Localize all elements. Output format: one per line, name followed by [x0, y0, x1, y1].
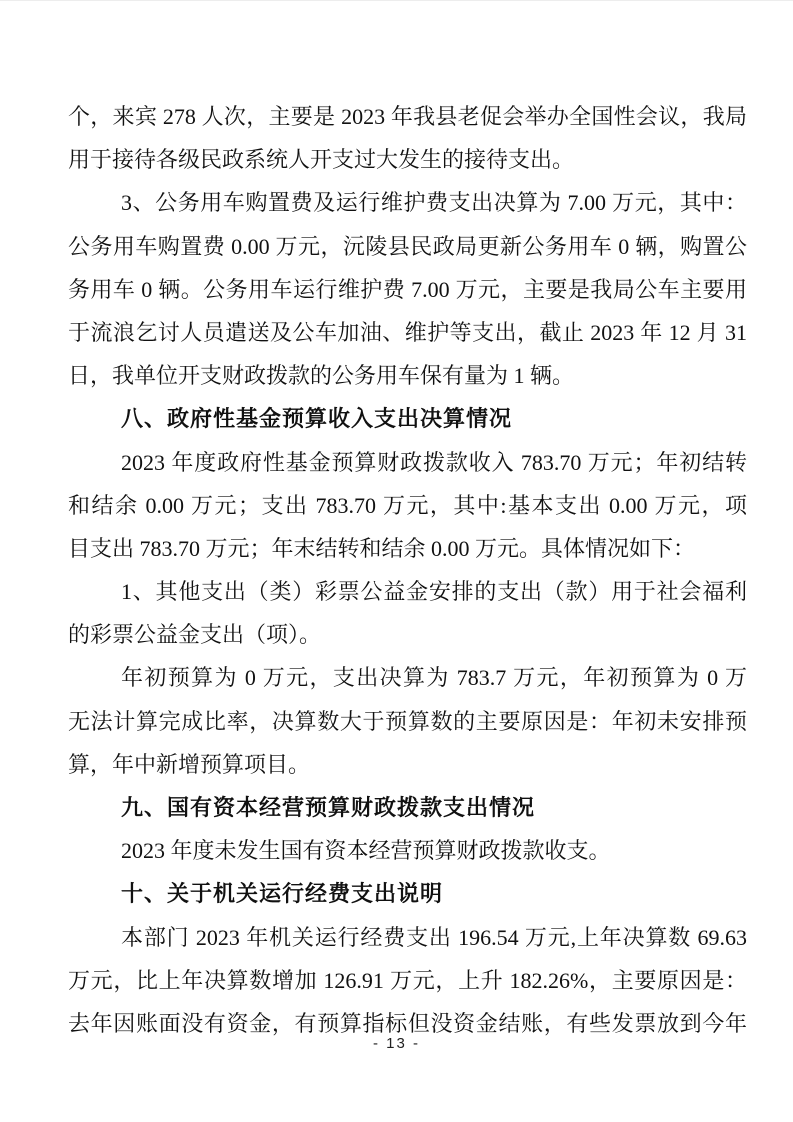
paragraph-line: 3、公务用车购置费及运行维护费支出决算为 7.00 万元，其中：: [68, 181, 747, 224]
paragraph-line: 用于接待各级民政系统人开支过大发生的接待支出。: [68, 138, 747, 181]
paragraph-line: 和结余 0.00 万元；支出 783.70 万元，其中:基本支出 0.00 万元…: [68, 484, 747, 527]
page-number: - 13 -: [0, 1035, 793, 1052]
paragraph-line: 日，我单位开支财政拨款的公务用车保有量为 1 辆。: [68, 354, 747, 397]
paragraph-line: 年初预算为 0 万元，支出决算为 783.7 万元，年初预算为 0 万元，: [68, 656, 747, 699]
document-content: 个，来宾 278 人次，主要是 2023 年我县老促会举办全国性会议，我局用于接…: [68, 95, 747, 1045]
paragraph-line: 无法计算完成比率，决算数大于预算数的主要原因是：年初未安排预: [68, 700, 747, 743]
paragraph-line: 2023 年度政府性基金预算财政拨款收入 783.70 万元；年初结转: [68, 441, 747, 484]
paragraph-line: 万元，比上年决算数增加 126.91 万元，上升 182.26%，主要原因是：: [68, 959, 747, 1002]
paragraph-line: 务用车 0 辆。公务用车运行维护费 7.00 万元，主要是我局公车主要用: [68, 268, 747, 311]
paragraph-line: 个，来宾 278 人次，主要是 2023 年我县老促会举办全国性会议，我局: [68, 95, 747, 138]
paragraph-line: 算，年中新增预算项目。: [68, 743, 747, 786]
heading-line: 九、国有资本经营预算财政拨款支出情况: [68, 786, 747, 829]
paragraph-line: 目支出 783.70 万元；年末结转和结余 0.00 万元。具体情况如下：: [68, 527, 747, 570]
heading-line: 八、政府性基金预算收入支出决算情况: [68, 397, 747, 440]
heading-line: 十、关于机关运行经费支出说明: [68, 872, 747, 915]
paragraph-line: 公务用车购置费 0.00 万元，沅陵县民政局更新公务用车 0 辆，购置公: [68, 225, 747, 268]
paragraph-line: 1、其他支出（类）彩票公益金安排的支出（款）用于社会福利: [68, 570, 747, 613]
document-page: 个，来宾 278 人次，主要是 2023 年我县老促会举办全国性会议，我局用于接…: [0, 0, 793, 1122]
paragraph-line: 本部门 2023 年机关运行经费支出 196.54 万元,上年决算数 69.63: [68, 916, 747, 959]
paragraph-line: 于流浪乞讨人员遣送及公车加油、维护等支出，截止 2023 年 12 月 31: [68, 311, 747, 354]
paragraph-line: 2023 年度未发生国有资本经营预算财政拨款收支。: [68, 829, 747, 872]
paragraph-line: 的彩票公益金支出（项）。: [68, 613, 747, 656]
